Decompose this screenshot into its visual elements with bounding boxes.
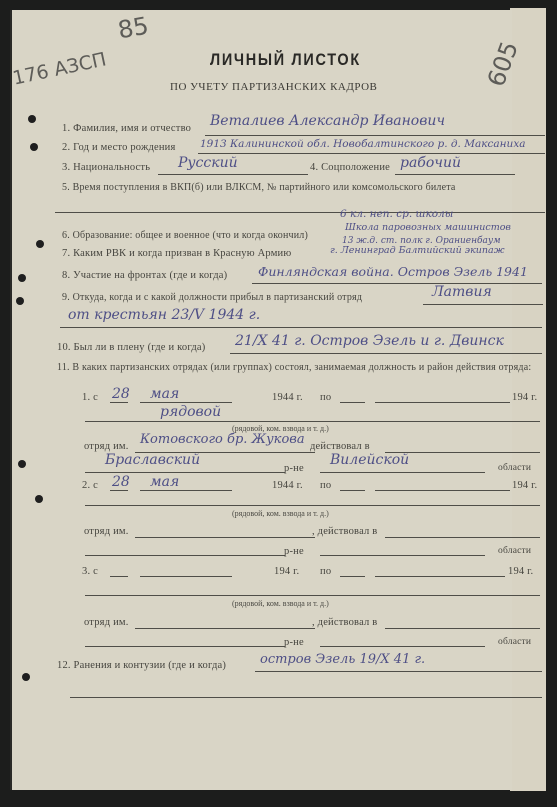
field-1-label: 1. Фамилия, имя и отчество bbox=[62, 123, 191, 134]
entry-acted-label: , действовал в bbox=[312, 617, 377, 628]
entry-district: Браславский bbox=[105, 452, 200, 468]
entry-year-from: 1944 г. bbox=[272, 392, 303, 403]
entry-acted-label: , действовал в bbox=[312, 526, 377, 537]
field-1-value: Веталиев Александр Иванович bbox=[210, 113, 445, 129]
document-title: ЛИЧНЫЙ ЛИСТОК bbox=[210, 50, 361, 70]
field-10-label: 10. Был ли в плену (где и когда) bbox=[57, 342, 205, 353]
entry-unit-label: отряд им. bbox=[84, 441, 129, 452]
entry-year-to: 194 г. bbox=[508, 566, 533, 577]
entry-number: 3. с bbox=[82, 566, 98, 577]
entry-position-caption: (рядовой, ком. взвода и т. д.) bbox=[232, 599, 329, 608]
field-6-value: Школа паровозных машинистов bbox=[345, 222, 511, 233]
entry-to-label: по bbox=[320, 392, 331, 403]
punch-hole bbox=[35, 495, 43, 503]
entry-position: рядовой bbox=[160, 404, 221, 420]
field-12-value: остров Эзель 19/X 41 г. bbox=[260, 652, 425, 667]
entry-to-label: по bbox=[320, 480, 331, 491]
entry-number: 1. с bbox=[82, 392, 98, 403]
field-11-label: 11. В каких партизанских отрядах (или гр… bbox=[57, 362, 537, 373]
field-9-value: Латвия bbox=[432, 284, 492, 300]
punch-hole bbox=[30, 143, 38, 151]
entry-district-label: р-не bbox=[284, 463, 304, 474]
entry-acted-label: действовал в bbox=[310, 441, 370, 452]
entry-position-caption: (рядовой, ком. взвода и т. д.) bbox=[232, 509, 329, 518]
field-7-label: 7. Каким РВК и когда призван в Красную А… bbox=[62, 248, 291, 259]
punch-hole bbox=[18, 460, 26, 468]
entry-district-label: р-не bbox=[284, 637, 304, 648]
entry-to-label: по bbox=[320, 566, 331, 577]
field-2-label: 2. Год и место рождения bbox=[62, 142, 176, 153]
field-2-value: 1913 Калининской обл. Новобалтинского р.… bbox=[200, 138, 526, 150]
field-12-label: 12. Ранения и контузии (где и когда) bbox=[57, 660, 226, 671]
entry-year-from: 1944 г. bbox=[272, 480, 303, 491]
archive-mark-top: 85 bbox=[116, 12, 151, 45]
punch-hole bbox=[22, 673, 30, 681]
field-9-value-2: от крестьян 23/V 1944 г. bbox=[68, 307, 260, 323]
entry-month: мая bbox=[150, 474, 179, 490]
field-6-value-top: 6 кл. неп. ср. школы bbox=[340, 208, 453, 220]
field-10-value: 21/X 41 г. Остров Эзель и г. Двинск bbox=[235, 333, 504, 349]
field-6-label: 6. Образование: общее и военное (что и к… bbox=[62, 230, 308, 241]
entry-year-from: 194 г. bbox=[274, 566, 299, 577]
entry-year-to: 194 г. bbox=[512, 480, 537, 491]
field-4-value: рабочий bbox=[400, 155, 461, 171]
entry-region: Вилейской bbox=[330, 452, 409, 468]
field-9-label: 9. Откуда, когда и с какой должности при… bbox=[62, 292, 362, 303]
entry-district-label: р-не bbox=[284, 546, 304, 557]
entry-day: 28 bbox=[112, 474, 130, 490]
entry-region-label: области bbox=[498, 637, 531, 647]
entry-unit: Котовского бр. Жукова bbox=[140, 432, 305, 447]
field-5-label: 5. Время поступления в ВКП(б) или ВЛКСМ,… bbox=[62, 182, 456, 193]
document-subtitle: ПО УЧЕТУ ПАРТИЗАНСКИХ КАДРОВ bbox=[170, 81, 377, 93]
entry-unit-label: отряд им. bbox=[84, 617, 129, 628]
field-8-value: Финляндская война. Остров Эзель 1941 bbox=[258, 264, 528, 279]
field-7-value: г. Ленинград Балтийский экипаж bbox=[330, 245, 505, 256]
punch-hole bbox=[18, 274, 26, 282]
punch-hole bbox=[16, 297, 24, 305]
field-3-value: Русский bbox=[178, 155, 238, 171]
punch-hole bbox=[28, 115, 36, 123]
entry-region-label: области bbox=[498, 463, 531, 473]
entry-month: мая bbox=[150, 386, 179, 402]
entry-day: 28 bbox=[112, 386, 130, 402]
punch-hole bbox=[36, 240, 44, 248]
entry-region-label: области bbox=[498, 546, 531, 556]
field-4-label: 4. Соцположение bbox=[310, 162, 390, 173]
entry-unit-label: отряд им. bbox=[84, 526, 129, 537]
entry-year-to: 194 г. bbox=[512, 392, 537, 403]
entry-number: 2. с bbox=[82, 480, 98, 491]
field-8-label: 8. Участие на фронтах (где и когда) bbox=[62, 270, 227, 281]
field-3-label: 3. Национальность bbox=[62, 162, 150, 173]
